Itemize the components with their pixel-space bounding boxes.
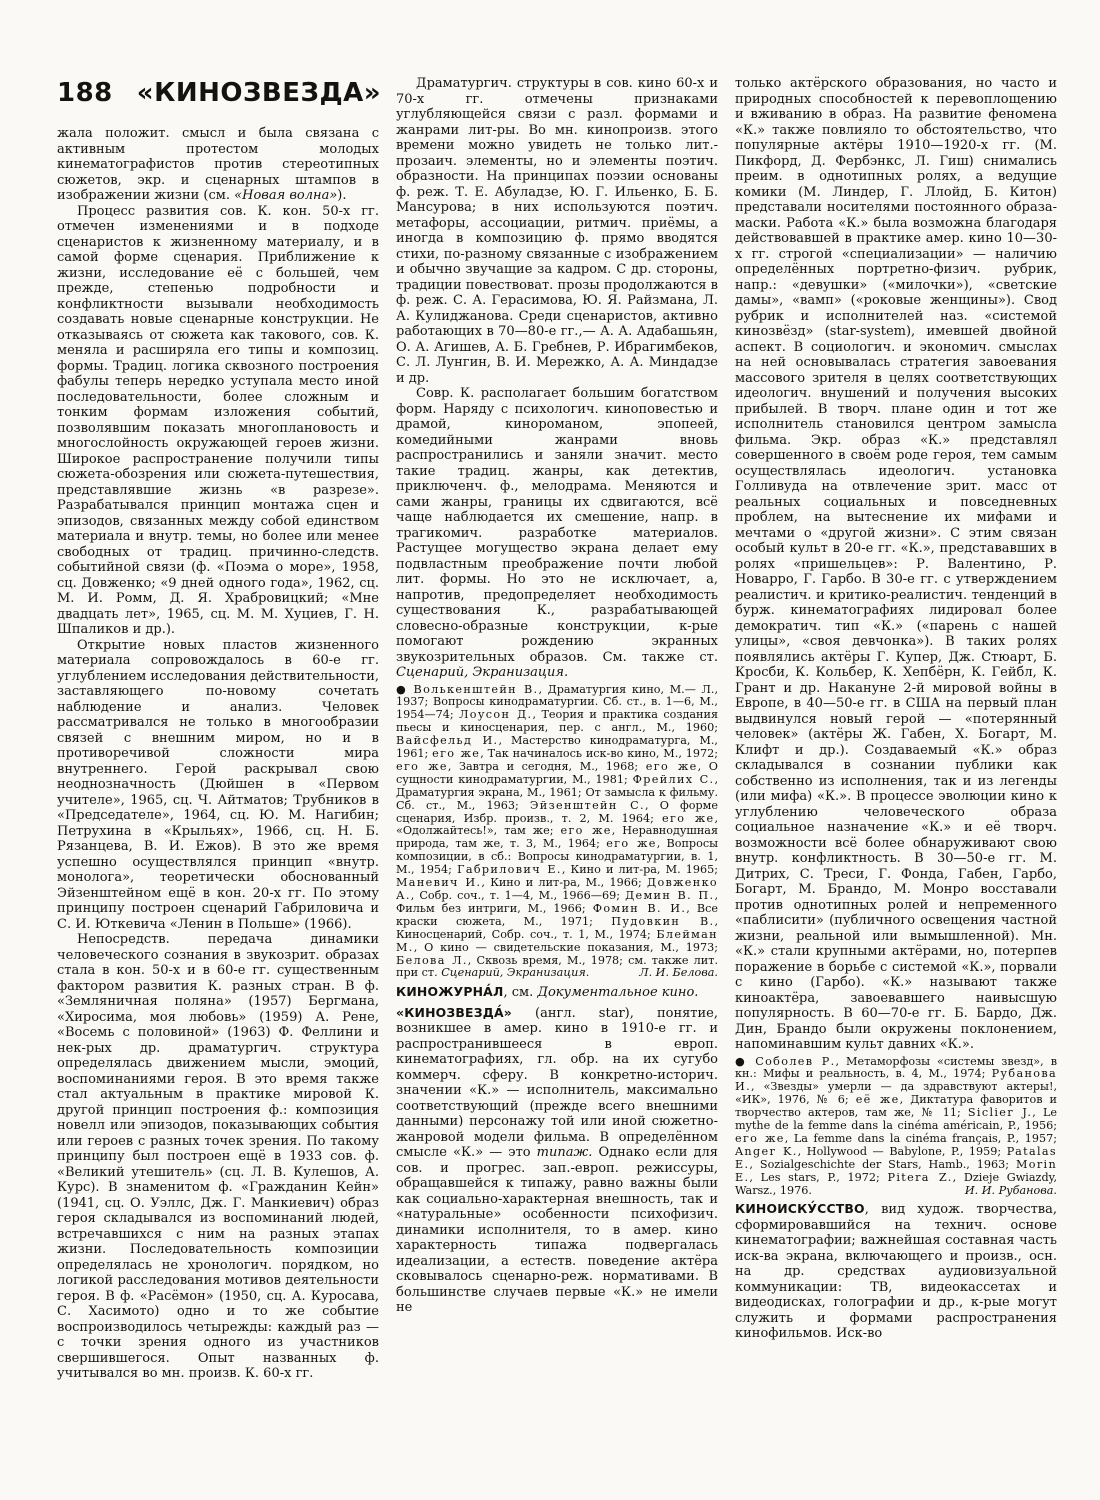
paragraph: Совр. К. располагает большим богатством … <box>396 386 718 681</box>
text-column-3: только актёрского образования, но часто … <box>735 76 1057 1480</box>
encyclopedia-page: 188 «КИНОЗВЕЗДА» жала положит. смысл и б… <box>0 0 1100 1500</box>
paragraph: Непосредств. передача динамики человечес… <box>57 932 379 1382</box>
page-number: 188 <box>57 78 113 108</box>
author-signature: Л. И. Белова. <box>639 967 718 980</box>
entry-headword: КИНОИСКУ́ССТВО <box>735 1201 865 1216</box>
entry-kinozhurnal: КИНОЖУРНА́Л, см. Документальное кино. <box>396 984 718 1001</box>
bibliography: ● Волькенштейн В., Драматургия кино, М.—… <box>396 684 718 981</box>
paragraph-continuation: только актёрского образования, но часто … <box>735 76 1057 1053</box>
bibliography: ● Соболев Р., Метаморфозы «системы звезд… <box>735 1056 1057 1198</box>
entry-headword: «КИНОЗВЕЗДА́» <box>396 1005 512 1020</box>
paragraph: Драматургич. структуры в сов. кино 60-х … <box>396 76 718 386</box>
paragraph: Процесс развития сов. К. кон. 50-х гг. о… <box>57 204 379 638</box>
text-column-1: 188 «КИНОЗВЕЗДА» жала положит. смысл и б… <box>57 76 379 1480</box>
author-signature: И. И. Рубанова. <box>965 1185 1057 1198</box>
text-column-2: Драматургич. структуры в сов. кино 60-х … <box>396 76 718 1480</box>
entry-headword: КИНОЖУРНА́Л <box>396 984 503 999</box>
page-header: 188 «КИНОЗВЕЗДА» <box>57 78 379 108</box>
entry-kinoiskusstvo: КИНОИСКУ́ССТВО, вид худож. творчества, с… <box>735 1201 1057 1342</box>
text-columns: 188 «КИНОЗВЕЗДА» жала положит. смысл и б… <box>57 76 1057 1480</box>
paragraph: Открытие новых пластов жизненного матери… <box>57 638 379 933</box>
entry-kinozvezda: «КИНОЗВЕЗДА́» (англ. star), понятие, воз… <box>396 1005 718 1316</box>
paragraph-continuation: жала положит. смысл и была связана с акт… <box>57 126 379 204</box>
running-title: «КИНОЗВЕЗДА» <box>137 78 379 108</box>
